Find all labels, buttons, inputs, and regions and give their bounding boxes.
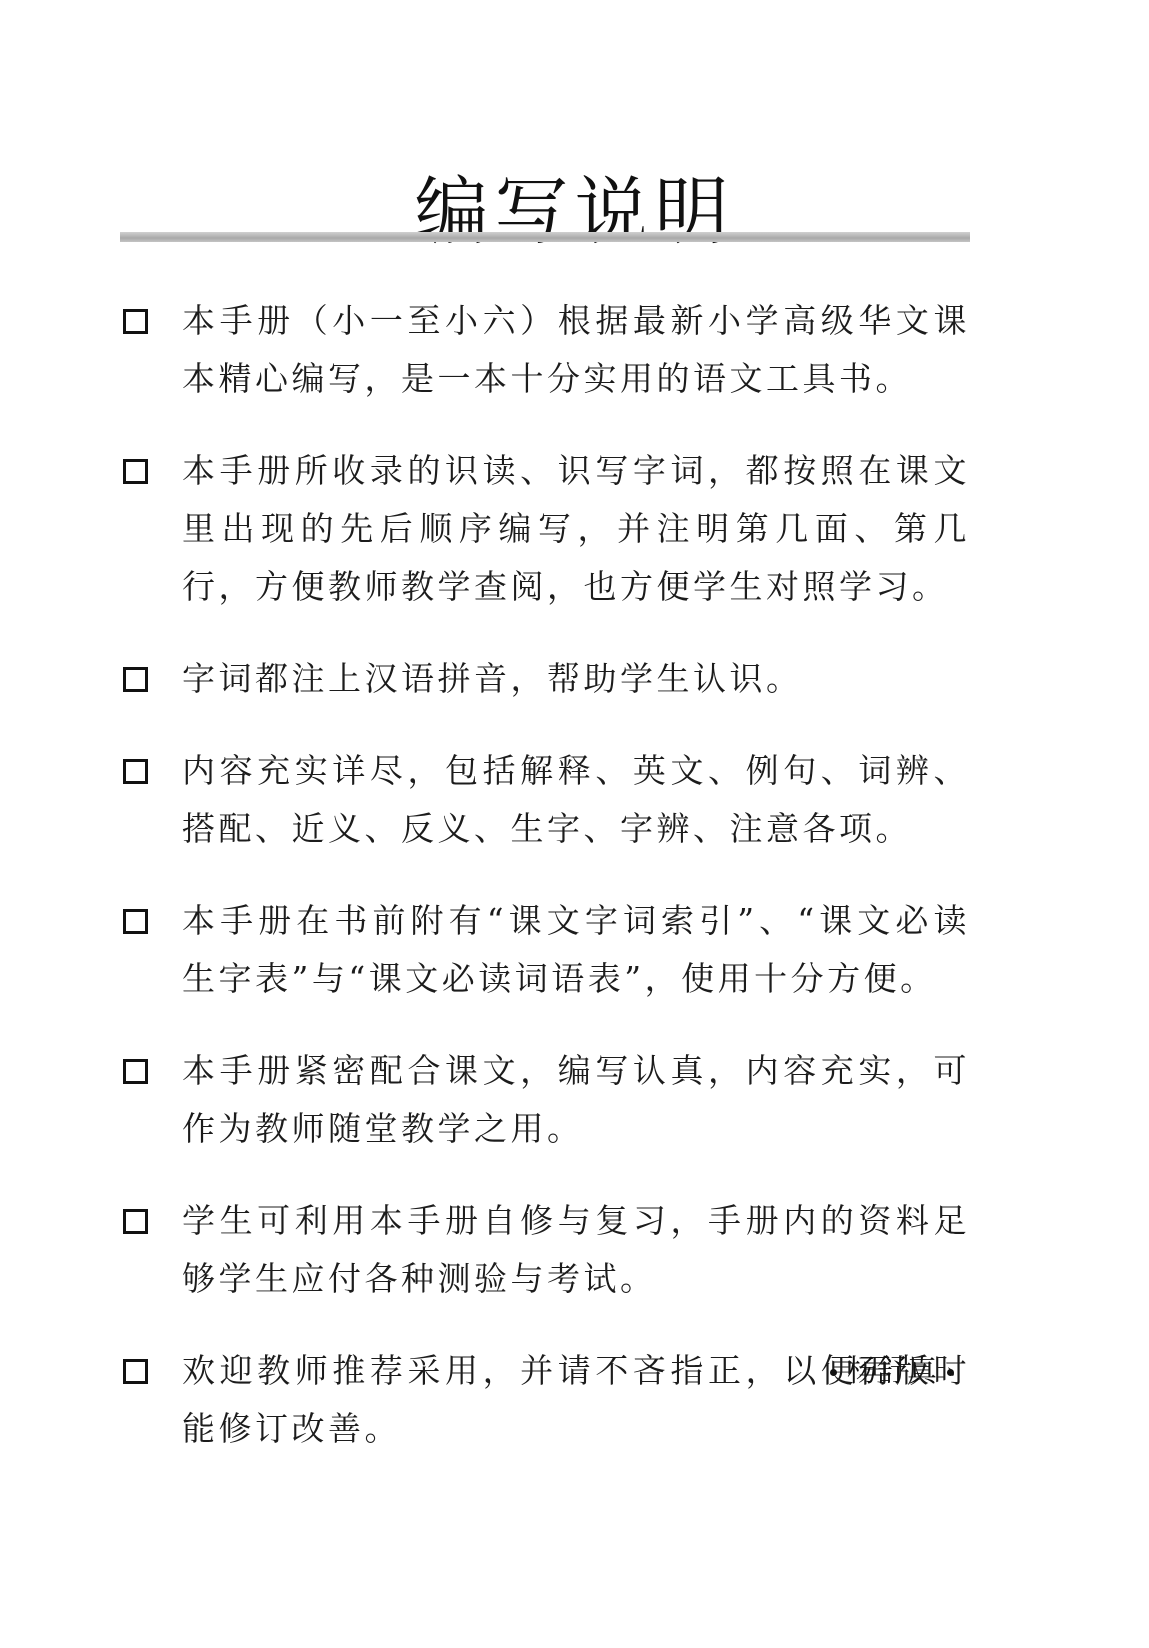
list-item: 本手册在书前附有“课文字词索引”、“课文必读生字表”与“课文必读词语表”，使用十… <box>120 892 970 1008</box>
list-item: 字词都注上汉语拼音，帮助学生认识。 <box>120 650 970 708</box>
list-item: 内容充实详尽，包括解释、英文、例句、词辨、搭配、近义、反义、生字、字辨、注意各项… <box>120 742 970 858</box>
checkbox-square-icon <box>123 667 148 692</box>
checkbox-square-icon <box>123 1059 148 1084</box>
checkbox-square-icon <box>123 759 148 784</box>
notes-list: 本手册（小一至小六）根据最新小学高级华文课本精心编写，是一本十分实用的语文工具书… <box>120 292 970 1492</box>
list-item: 本手册（小一至小六）根据最新小学高级华文课本精心编写，是一本十分实用的语文工具书… <box>120 292 970 408</box>
page-title: 编写说明 <box>0 162 1149 262</box>
bullet-dot-icon <box>947 1369 954 1376</box>
list-item: 本手册紧密配合课文，编写认真，内容充实，可作为教师随堂教学之用。 <box>120 1042 970 1158</box>
checkbox-square-icon <box>123 1209 148 1234</box>
author-name: 杨舒真 <box>847 1350 937 1394</box>
list-item-text: 本手册紧密配合课文，编写认真，内容充实，可作为教师随堂教学之用。 <box>182 1051 970 1148</box>
list-item-text: 内容充实详尽，包括解释、英文、例句、词辨、搭配、近义、反义、生字、字辨、注意各项… <box>182 751 970 848</box>
bullet-dot-icon <box>830 1369 837 1376</box>
title-divider <box>120 232 970 242</box>
checkbox-square-icon <box>123 1359 148 1384</box>
list-item: 学生可利用本手册自修与复习，手册内的资料足够学生应付各种测验与考试。 <box>120 1192 970 1308</box>
list-item-text: 学生可利用本手册自修与复习，手册内的资料足够学生应付各种测验与考试。 <box>182 1201 970 1298</box>
list-item-text: 本手册在书前附有“课文字词索引”、“课文必读生字表”与“课文必读词语表”，使用十… <box>182 901 970 998</box>
author-signature: 杨舒真 <box>830 1350 954 1394</box>
checkbox-square-icon <box>123 909 148 934</box>
checkbox-square-icon <box>123 309 148 334</box>
list-item-text: 字词都注上汉语拼音，帮助学生认识。 <box>182 659 803 698</box>
list-item: 本手册所收录的识读、识写字词，都按照在课文里出现的先后顺序编写，并注明第几面、第… <box>120 442 970 616</box>
checkbox-square-icon <box>123 459 148 484</box>
list-item-text: 本手册所收录的识读、识写字词，都按照在课文里出现的先后顺序编写，并注明第几面、第… <box>182 451 970 606</box>
list-item-text: 本手册（小一至小六）根据最新小学高级华文课本精心编写，是一本十分实用的语文工具书… <box>182 301 970 398</box>
